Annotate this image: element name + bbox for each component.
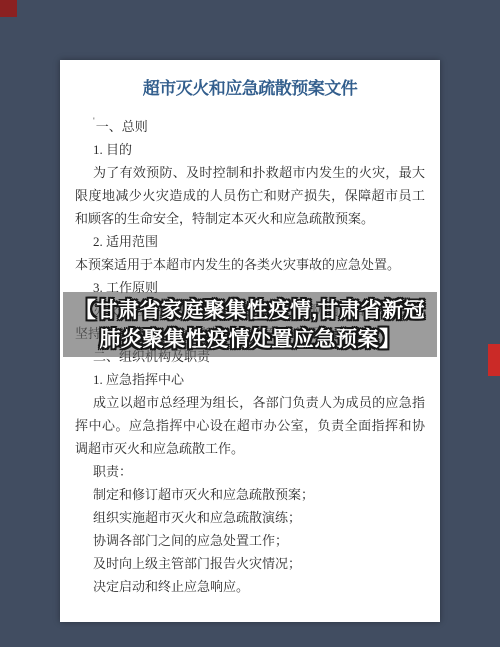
doc-list-item: 协调各部门之间的应急处置工作； xyxy=(75,529,425,552)
tick-mark: ' xyxy=(93,116,95,126)
doc-paragraph: 成立以超市总经理为组长，各部门负责人为成员的应急指挥中心。应急指挥中心设在超市办… xyxy=(75,391,425,460)
doc-heading: 1. 应急指挥中心 xyxy=(75,368,425,391)
corner-accent xyxy=(0,0,17,17)
doc-paragraph: 本预案适用于本超市内发生的各类火灾事故的应急处置。 xyxy=(75,253,425,276)
doc-list-item: 决定启动和终止应急响应。 xyxy=(75,575,425,598)
doc-paragraph: 为了有效预防、及时控制和扑救超市内发生的火灾，最大限度地减少火灾造成的人员伤亡和… xyxy=(75,161,425,230)
doc-list-item: 组织实施超市灭火和应急疏散演练； xyxy=(75,506,425,529)
doc-heading: 2. 适用范围 xyxy=(75,230,425,253)
scroll-indicator[interactable] xyxy=(488,344,500,376)
watermark-banner: 【甘肃省家庭聚集性疫情,甘肃省新冠 肺炎聚集性疫情处置应急预案】 xyxy=(63,292,437,357)
doc-heading: '一、总则 xyxy=(75,110,425,138)
reader-background: 超市灭火和应急疏散预案文件 '一、总则1. 目的为了有效预防、及时控制和扑救超市… xyxy=(0,0,500,647)
document-title: 超市灭火和应急疏散预案文件 xyxy=(75,77,425,101)
doc-list-item: 及时向上级主管部门报告火灾情况； xyxy=(75,552,425,575)
watermark-line-1: 【甘肃省家庭聚集性疫情,甘肃省新冠 xyxy=(75,296,425,325)
watermark-line-2: 肺炎聚集性疫情处置应急预案】 xyxy=(100,325,401,354)
doc-heading: 1. 目的 xyxy=(75,138,425,161)
doc-list-item: 制定和修订超市灭火和应急疏散预案； xyxy=(75,483,425,506)
doc-heading: 职责： xyxy=(75,460,425,483)
